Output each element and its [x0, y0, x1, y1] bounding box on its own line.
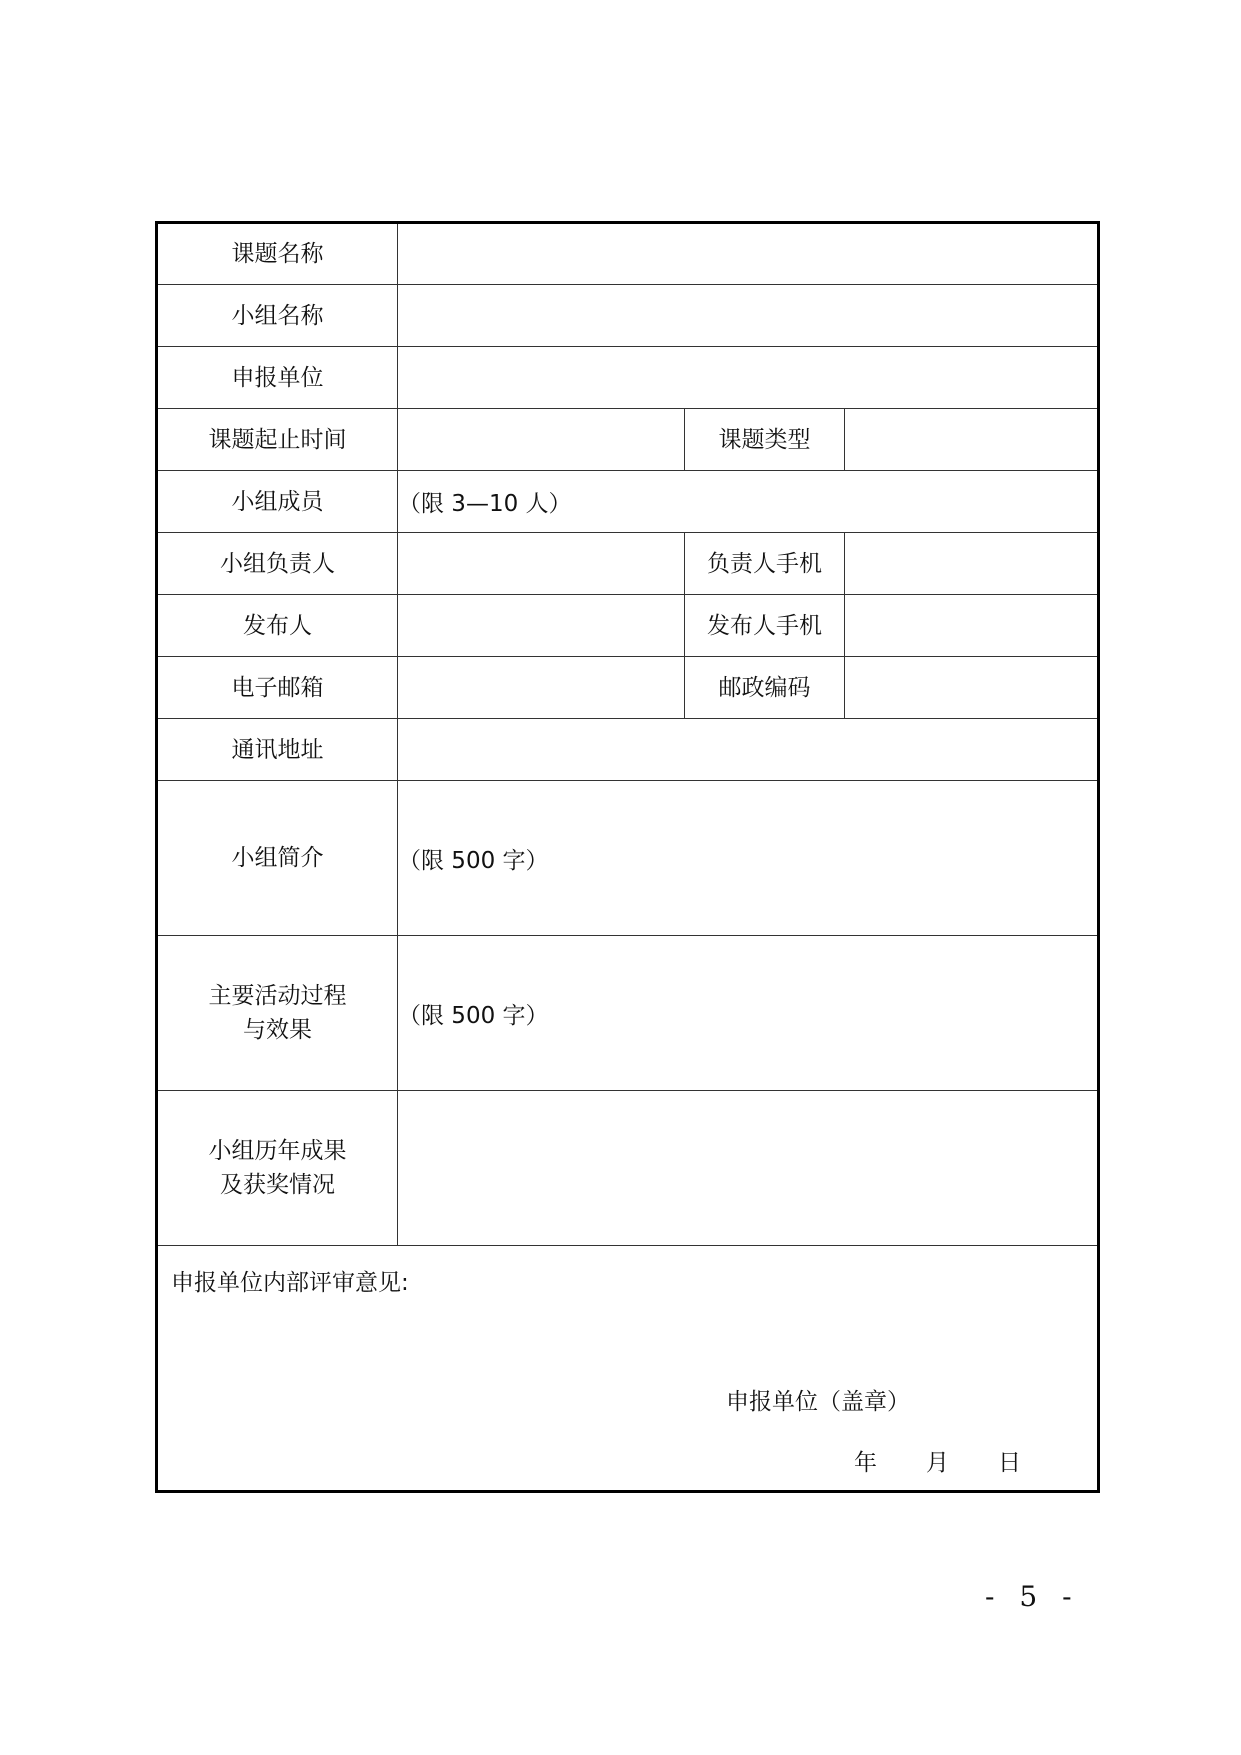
review-title: 申报单位内部评审意见:: [171, 1264, 409, 1297]
label-applicant-unit: 申报单位: [157, 347, 398, 409]
application-form-table: 课题名称 小组名称 申报单位 课题起止时间 课题类型 小组成员 （限 3—10 …: [155, 221, 1100, 1493]
label-publisher-phone: 发布人手机: [685, 595, 845, 657]
label-achievements: 小组历年成果及获奖情况: [157, 1091, 398, 1246]
row-achievements: 小组历年成果及获奖情况: [157, 1091, 1099, 1246]
row-group-intro: 小组简介 （限 500 字）: [157, 781, 1099, 936]
row-email: 电子邮箱 邮政编码: [157, 657, 1099, 719]
label-postcode: 邮政编码: [685, 657, 845, 719]
field-group-intro[interactable]: （限 500 字）: [398, 781, 1099, 936]
date-month: 月: [926, 1444, 949, 1477]
field-topic-period[interactable]: [398, 409, 685, 471]
label-group-intro: 小组简介: [157, 781, 398, 936]
label-topic-type: 课题类型: [685, 409, 845, 471]
row-group-name: 小组名称: [157, 285, 1099, 347]
hint-group-intro: （限 500 字）: [398, 848, 549, 874]
label-achievements-line1: 小组历年成果: [158, 1134, 397, 1168]
label-activities: 主要活动过程与效果: [157, 936, 398, 1091]
label-topic-name: 课题名称: [157, 223, 398, 285]
row-publisher: 发布人 发布人手机: [157, 595, 1099, 657]
field-address[interactable]: [398, 719, 1099, 781]
label-activities-line1: 主要活动过程: [158, 979, 397, 1013]
label-address: 通讯地址: [157, 719, 398, 781]
stamp-label: 申报单位（盖章）: [726, 1383, 910, 1416]
field-review[interactable]: 申报单位内部评审意见: 申报单位（盖章） 年 月 日: [157, 1246, 1099, 1492]
field-topic-type[interactable]: [845, 409, 1099, 471]
date-day: 日: [998, 1444, 1021, 1477]
field-leader-phone[interactable]: [845, 533, 1099, 595]
label-leader-phone: 负责人手机: [685, 533, 845, 595]
row-applicant-unit: 申报单位: [157, 347, 1099, 409]
row-topic-period: 课题起止时间 课题类型: [157, 409, 1099, 471]
row-group-members: 小组成员 （限 3—10 人）: [157, 471, 1099, 533]
field-group-members[interactable]: （限 3—10 人）: [398, 471, 1099, 533]
label-topic-period: 课题起止时间: [157, 409, 398, 471]
hint-activities: （限 500 字）: [398, 1003, 549, 1029]
field-postcode[interactable]: [845, 657, 1099, 719]
field-achievements[interactable]: [398, 1091, 1099, 1246]
label-group-leader: 小组负责人: [157, 533, 398, 595]
date-year: 年: [854, 1444, 877, 1477]
row-address: 通讯地址: [157, 719, 1099, 781]
row-activities: 主要活动过程与效果 （限 500 字）: [157, 936, 1099, 1091]
page-number: - 5 -: [985, 1580, 1080, 1613]
document-page: 课题名称 小组名称 申报单位 课题起止时间 课题类型 小组成员 （限 3—10 …: [0, 0, 1241, 1755]
field-activities[interactable]: （限 500 字）: [398, 936, 1099, 1091]
label-achievements-line2: 及获奖情况: [158, 1168, 397, 1202]
field-group-leader[interactable]: [398, 533, 685, 595]
label-email: 电子邮箱: [157, 657, 398, 719]
field-publisher-phone[interactable]: [845, 595, 1099, 657]
row-review: 申报单位内部评审意见: 申报单位（盖章） 年 月 日: [157, 1246, 1099, 1492]
label-activities-line2: 与效果: [158, 1013, 397, 1047]
field-group-name[interactable]: [398, 285, 1099, 347]
field-topic-name[interactable]: [398, 223, 1099, 285]
field-email[interactable]: [398, 657, 685, 719]
label-publisher: 发布人: [157, 595, 398, 657]
row-group-leader: 小组负责人 负责人手机: [157, 533, 1099, 595]
hint-group-members: （限 3—10 人）: [398, 491, 572, 517]
row-topic-name: 课题名称: [157, 223, 1099, 285]
label-group-name: 小组名称: [157, 285, 398, 347]
field-publisher[interactable]: [398, 595, 685, 657]
field-applicant-unit[interactable]: [398, 347, 1099, 409]
label-group-members: 小组成员: [157, 471, 398, 533]
